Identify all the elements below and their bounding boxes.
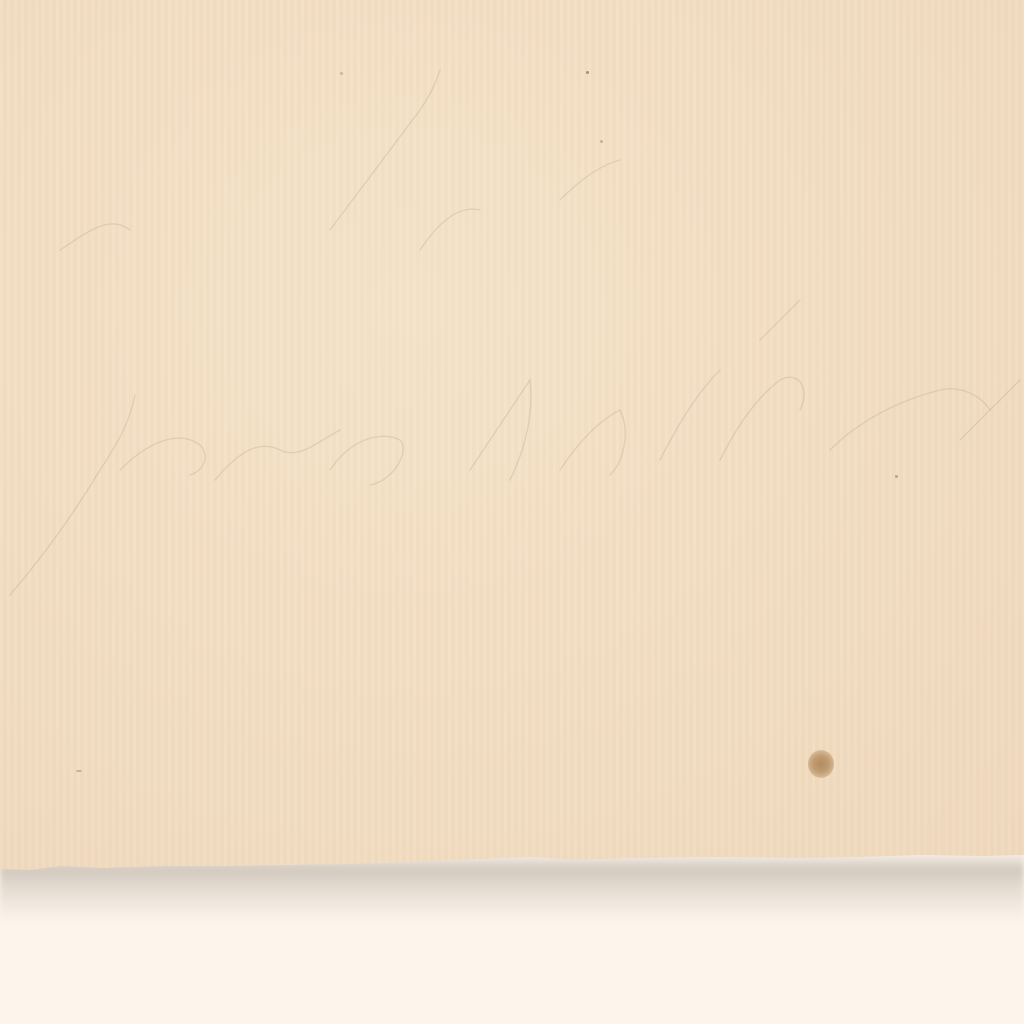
brown-stain-spot — [808, 750, 834, 778]
paper-scan-scene — [0, 0, 1024, 1024]
paper-speck — [895, 475, 898, 478]
paper-speck — [586, 71, 589, 74]
aged-paper-sheet — [0, 0, 1024, 872]
paper-speck — [600, 140, 603, 143]
paper-speck — [340, 72, 343, 75]
paper-speck — [76, 770, 82, 772]
